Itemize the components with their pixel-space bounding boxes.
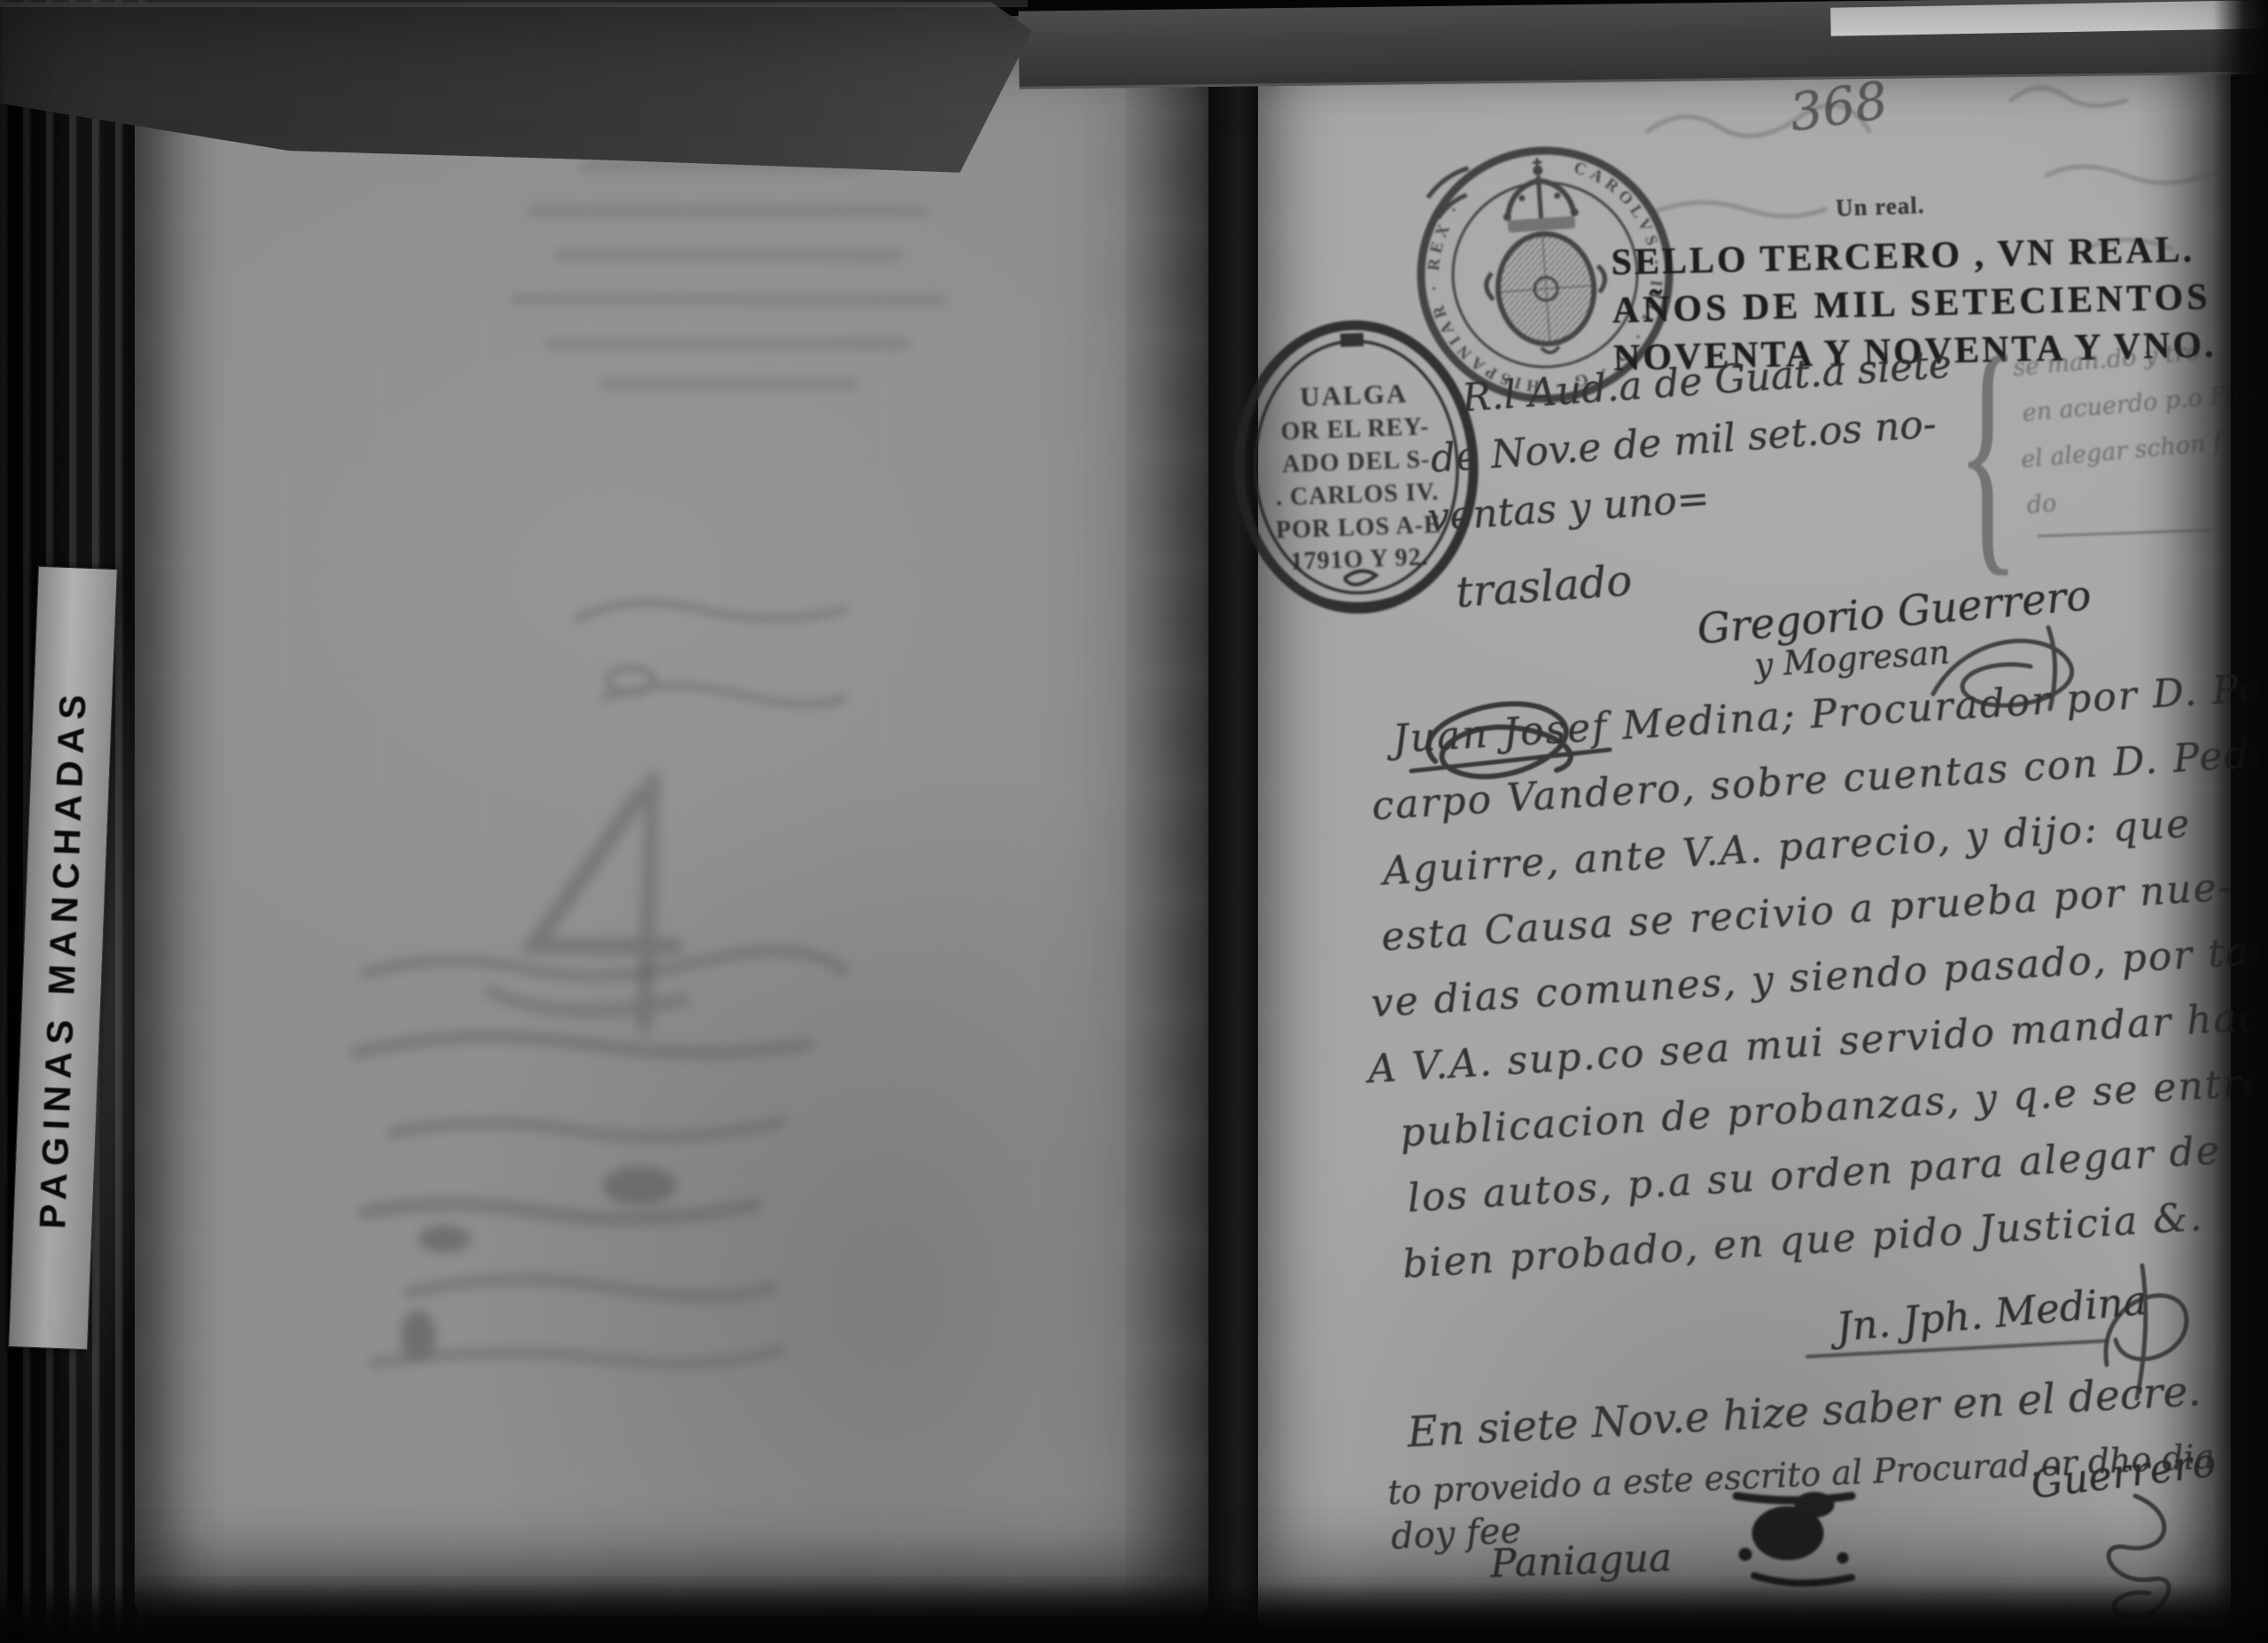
faded-scribbles-center: [551, 565, 923, 760]
stamp-line: POR LOS A-E: [1276, 511, 1442, 545]
stamp-top-tab: [1340, 333, 1364, 347]
book-gutter-shadow: [1201, 16, 1267, 1616]
petition-paragraph: Juan Josef Medina; Procurador por D. Pol…: [1366, 655, 2268, 1298]
real-value-mark: Un real.: [1835, 191, 1925, 222]
bleedthrough-print-lines: [427, 140, 1029, 406]
margin-brace: {: [1956, 317, 2020, 583]
stamp-line: OR EL REY-: [1280, 413, 1430, 446]
closing-scribe-signature: Paniagua: [1489, 1535, 1673, 1586]
stamp-line: UALGA: [1300, 378, 1409, 412]
archival-scan: 368 Un real.: [0, 0, 2268, 1643]
margin-note-underline: [2038, 529, 2215, 538]
stamp-line: 1791O Y 92.: [1290, 543, 1429, 575]
auto-note: R.l Aud.a de Guat.a siete de Nov.e de mi…: [1425, 336, 1967, 624]
left-page: [135, 16, 1208, 1616]
right-page: 368 Un real.: [1258, 51, 2231, 1629]
coat-of-arms-shield: [1483, 230, 1610, 356]
stamp-line: . CARLOS IV.: [1276, 479, 1440, 511]
film-edge-top-line: [0, 0, 1028, 7]
smudged-handwriting-block: [338, 920, 1118, 1416]
stamp-line: ADO DEL S-: [1282, 446, 1431, 479]
film-edge-bottom: [0, 1583, 2268, 1643]
film-edge-right: [2213, 0, 2268, 1643]
crown-icon: [1500, 155, 1580, 233]
